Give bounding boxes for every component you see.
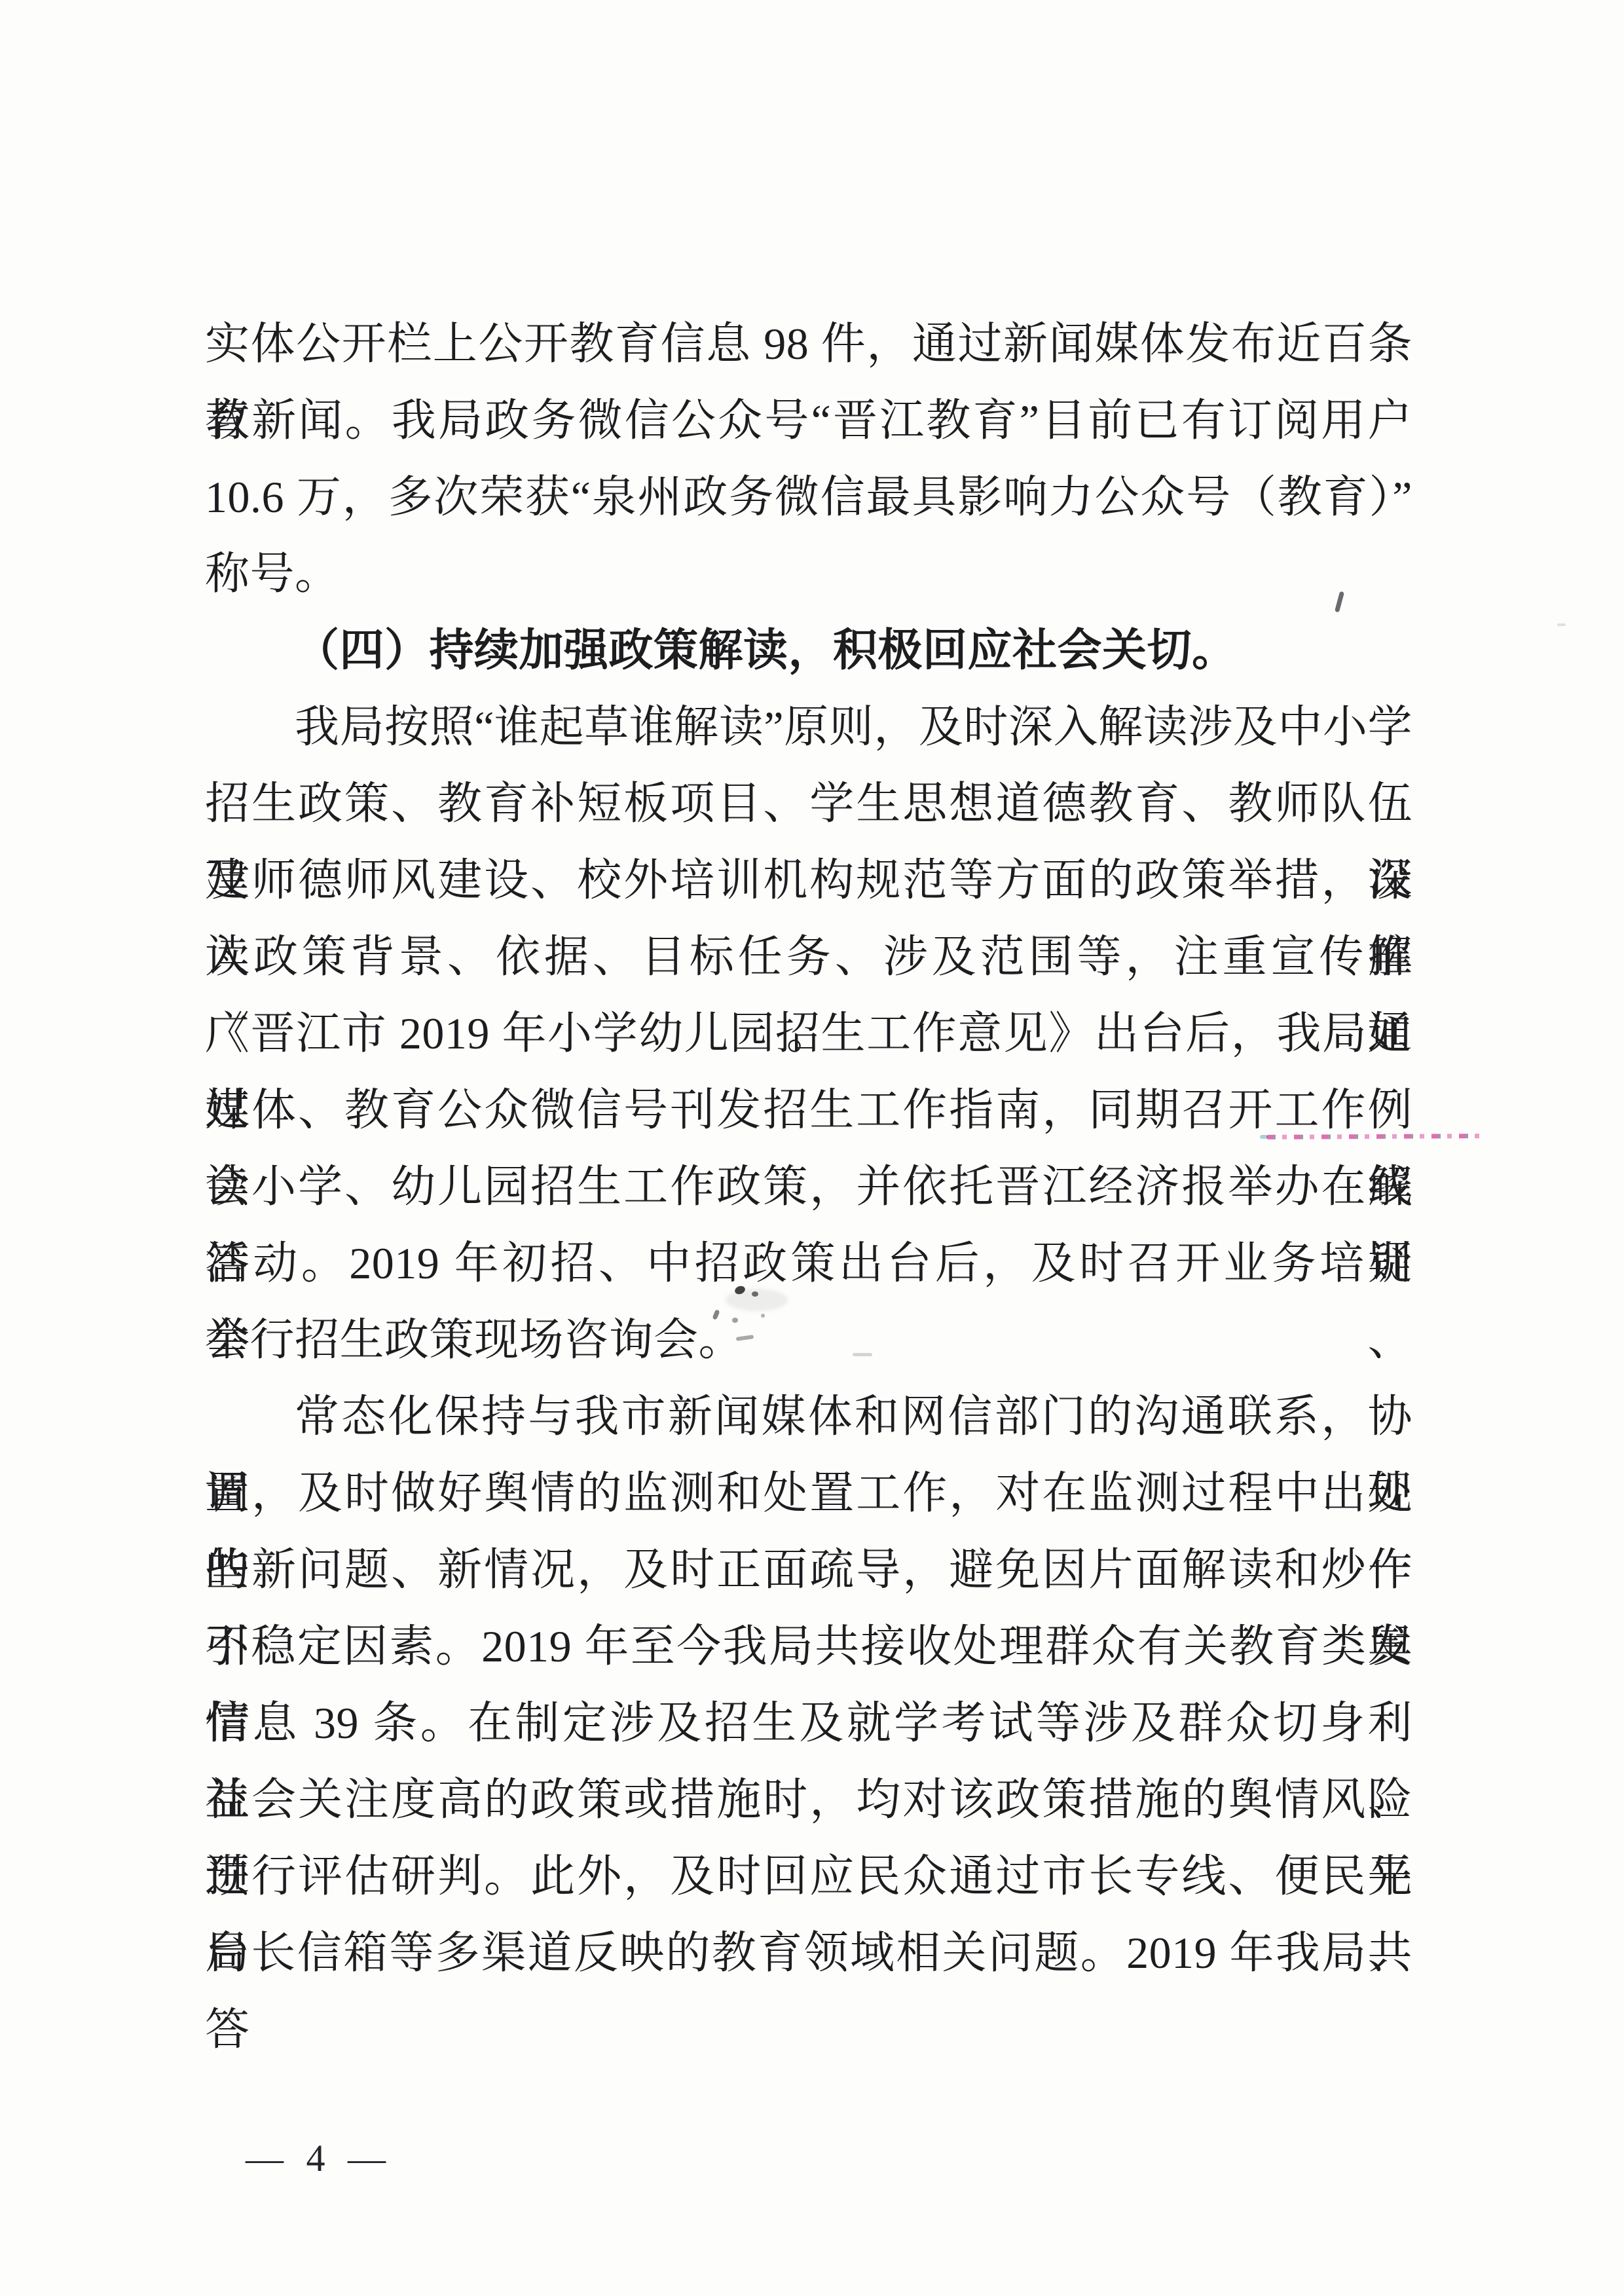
body-line: 读政策背景、依据、目标任务、涉及范围等，注重宣传推广。如: [205, 919, 1412, 995]
scan-artifact-ink-dash: [1557, 623, 1566, 626]
section-heading-line: （四）持续加强政策解读，积极回应社会关切。: [205, 612, 1412, 689]
body-line: 媒体、教育公众微信号刊发招生工作指南，同期召开工作例会解: [205, 1072, 1412, 1149]
body-line: 《晋江市 2019 年小学幼儿园招生工作意见》出台后，我局通过: [205, 995, 1412, 1072]
body-line: 称号。: [205, 536, 1412, 612]
page-number: — 4 —: [246, 2136, 392, 2180]
body-line: 不稳定因素。2019 年至今我局共接收处理群众有关教育类舆情: [205, 1608, 1412, 1685]
body-line: 及师德师风建设、校外培训机构规范等方面的政策举措，深入解: [205, 842, 1412, 919]
body-line: 信息 39 条。在制定涉及招生及就学考试等涉及群众切身利益、: [205, 1685, 1412, 1762]
body-line: 读小学、幼儿园招生工作政策，并依托晋江经济报举办在线答疑: [205, 1149, 1412, 1225]
body-line: 实体公开栏上公开教育信息 98 件，通过新闻媒体发布近百条教: [205, 306, 1412, 382]
body-line: 社会关注度高的政策或措施时，均对该政策措施的舆情风险预先: [205, 1762, 1412, 1838]
body-line: 招生政策、教育补短板项目、学生思想道德教育、教师队伍建设: [205, 766, 1412, 842]
body-line: 我局按照“谁起草谁解读”原则，及时深入解读涉及中小学: [205, 689, 1412, 766]
scanned-page: 实体公开栏上公开教育信息 98 件，通过新闻媒体发布近百条教 育新闻。我局政务微…: [0, 0, 1624, 2296]
body-line: 进行评估研判。此外，及时回应民众通过市长专线、便民平台、: [205, 1838, 1412, 1915]
body-line: 育新闻。我局政务微信公众号“晋江教育”目前已有订阅用户: [205, 382, 1412, 459]
body-line: 常态化保持与我市新闻媒体和网信部门的沟通联系，协调处: [205, 1379, 1412, 1455]
body-line: 活动。2019 年初招、中招政策出台后，及时召开业务培训会、: [205, 1225, 1412, 1302]
body-line: 10.6 万，多次荣获“泉州政务微信最具影响力公众号（教育）”: [205, 459, 1412, 536]
body-line: 局长信箱等多渠道反映的教育领域相关问题。2019 年我局共答: [205, 1915, 1412, 1991]
body-line: 些新问题、新情况，及时正面疏导，避免因片面解读和炒作引发: [205, 1532, 1412, 1608]
body-line: 置，及时做好舆情的监测和处置工作，对在监测过程中出现的一: [205, 1455, 1412, 1532]
document-body: 实体公开栏上公开教育信息 98 件，通过新闻媒体发布近百条教 育新闻。我局政务微…: [205, 306, 1412, 1991]
